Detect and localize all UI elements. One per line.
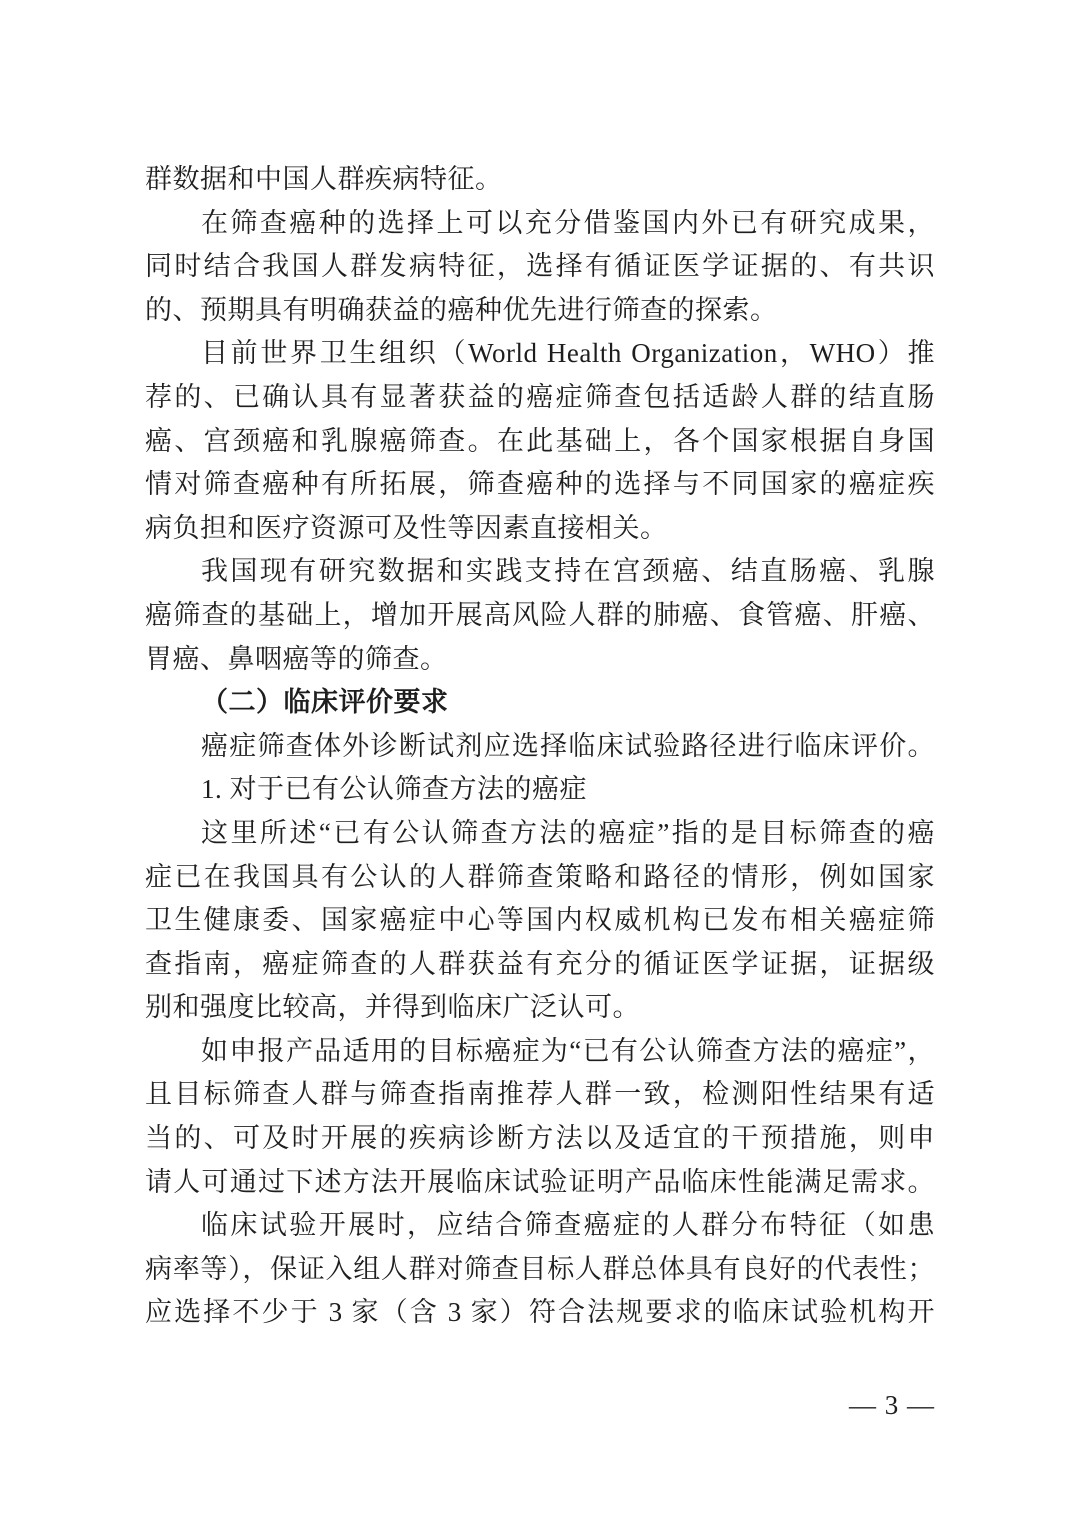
text-line: 且目标筛查人群与筛查指南推荐人群一致，检测阳性结果有适 xyxy=(145,1073,935,1117)
section-heading: （二）临床评价要求 xyxy=(145,681,935,725)
text-block: 群数据和中国人群疾病特征。在筛查癌种的选择上可以充分借鉴国内外已有研究成果，同时… xyxy=(145,158,935,1335)
text-line: 目前世界卫生组织（World Health Organization，WHO）推 xyxy=(145,332,935,376)
text-line: 胃癌、鼻咽癌等的筛查。 xyxy=(145,638,935,682)
text-line: 卫生健康委、国家癌症中心等国内权威机构已发布相关癌症筛 xyxy=(145,899,935,943)
text-line: 临床试验开展时，应结合筛查癌症的人群分布特征（如患 xyxy=(145,1204,935,1248)
text-line: 1. 对于已有公认筛查方法的癌症 xyxy=(145,768,935,812)
text-line: 症已在我国具有公认的人群筛查策略和路径的情形，例如国家 xyxy=(145,856,935,900)
document-page: 群数据和中国人群疾病特征。在筛查癌种的选择上可以充分借鉴国内外已有研究成果，同时… xyxy=(0,0,1080,1527)
text-line: 癌筛查的基础上，增加开展高风险人群的肺癌、食管癌、肝癌、 xyxy=(145,594,935,638)
text-line: 同时结合我国人群发病特征，选择有循证医学证据的、有共识 xyxy=(145,245,935,289)
text-line: 应选择不少于 3 家（含 3 家）符合法规要求的临床试验机构开 xyxy=(145,1291,935,1335)
text-line: 我国现有研究数据和实践支持在宫颈癌、结直肠癌、乳腺 xyxy=(145,550,935,594)
text-line: 群数据和中国人群疾病特征。 xyxy=(145,158,935,202)
text-line: 的、预期具有明确获益的癌种优先进行筛查的探索。 xyxy=(145,289,935,333)
text-line: 请人可通过下述方法开展临床试验证明产品临床性能满足需求。 xyxy=(145,1161,935,1205)
text-line: 如申报产品适用的目标癌症为“已有公认筛查方法的癌症”， xyxy=(145,1030,935,1074)
text-line: 病率等），保证入组人群对筛查目标人群总体具有良好的代表性； xyxy=(145,1248,935,1292)
text-line: 在筛查癌种的选择上可以充分借鉴国内外已有研究成果， xyxy=(145,202,935,246)
text-line: 情对筛查癌种有所拓展，筛查癌种的选择与不同国家的癌症疾 xyxy=(145,463,935,507)
text-line: 癌、宫颈癌和乳腺癌筛查。在此基础上，各个国家根据自身国 xyxy=(145,420,935,464)
text-line: 荐的、已确认具有显著获益的癌症筛查包括适龄人群的结直肠 xyxy=(145,376,935,420)
text-line: 这里所述“已有公认筛查方法的癌症”指的是目标筛查的癌 xyxy=(145,812,935,856)
page-number: — 3 — xyxy=(849,1384,935,1428)
text-line: 病负担和医疗资源可及性等因素直接相关。 xyxy=(145,507,935,551)
text-line: 癌症筛查体外诊断试剂应选择临床试验路径进行临床评价。 xyxy=(145,725,935,769)
text-line: 别和强度比较高，并得到临床广泛认可。 xyxy=(145,986,935,1030)
text-line: 当的、可及时开展的疾病诊断方法以及适宜的干预措施，则申 xyxy=(145,1117,935,1161)
text-line: 查指南，癌症筛查的人群获益有充分的循证医学证据，证据级 xyxy=(145,943,935,987)
